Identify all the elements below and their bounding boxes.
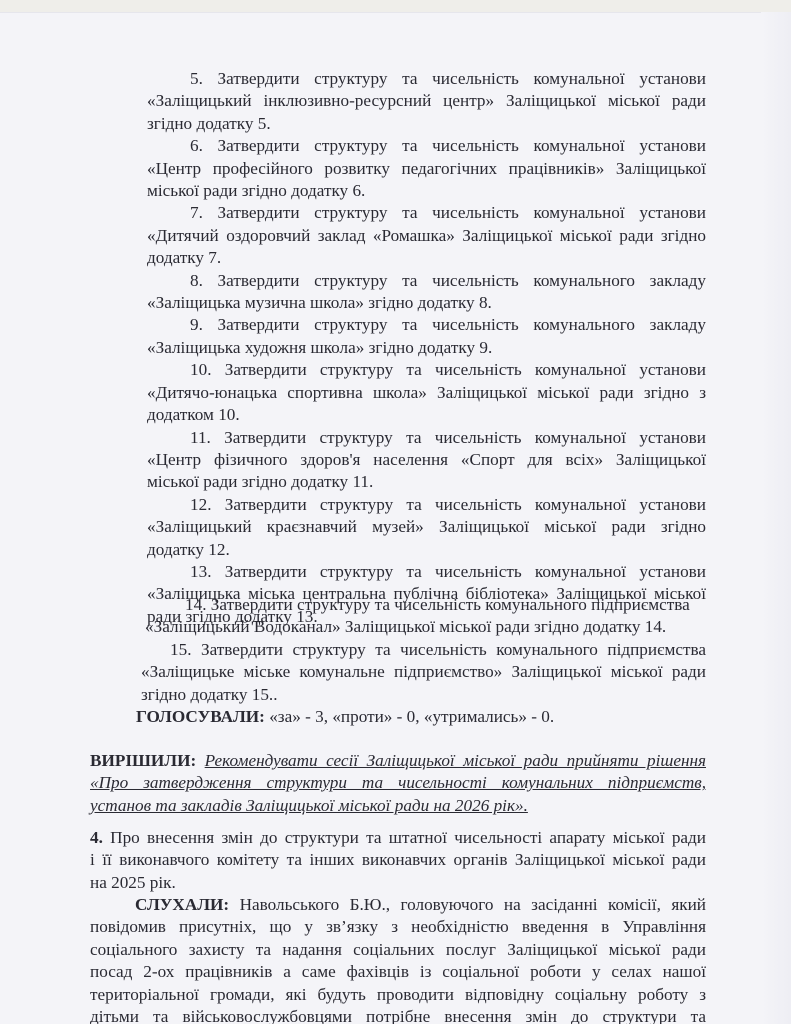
decision-text-2: «Про затвердження структури та чисельнос…	[90, 772, 706, 794]
list-item-10: 10. Затвердити структуру та чисельність …	[147, 359, 706, 426]
list-item-7: 7. Затвердити структуру та чисельність к…	[147, 202, 706, 269]
decision-text-1: Рекомендувати сесії Заліщицької міської …	[205, 751, 706, 770]
list-item-14: 14. Затвердити структуру та чисельність …	[145, 594, 706, 639]
section-4-title: 4. Про внесення змін до структури та шта…	[90, 827, 706, 894]
list-item-9: 9. Затвердити структуру та чисельність к…	[147, 314, 706, 359]
list-item-8: 8. Затвердити структуру та чисельність к…	[147, 270, 706, 315]
item-list: 5. Затвердити структуру та чисельність к…	[147, 68, 706, 628]
section-title-2: і її виконавчого комітету та інших викон…	[90, 849, 706, 871]
vote-text: «за» - 3, «проти» - 0, «утримались» - 0.	[265, 707, 554, 726]
section-number: 4.	[90, 828, 103, 847]
decision: ВИРІШИЛИ: Рекомендувати сесії Заліщицько…	[90, 750, 706, 817]
decision-label: ВИРІШИЛИ:	[90, 751, 196, 770]
item-list-continued-2: 15. Затвердити структуру та чисельність …	[141, 639, 706, 706]
list-item-5: 5. Затвердити структуру та чисельність к…	[147, 68, 706, 135]
item-list-continued: 14. Затвердити структуру та чисельність …	[145, 594, 706, 639]
section-title-1: Про внесення змін до структури та штатно…	[103, 828, 706, 847]
heard-label: СЛУХАЛИ:	[135, 895, 229, 914]
decision-text-3: установ та закладів Заліщицької міської …	[90, 796, 528, 815]
list-item-6: 6. Затвердити структуру та чисельність к…	[147, 135, 706, 202]
vote-result: ГОЛОСУВАЛИ: «за» - 3, «проти» - 0, «утри…	[136, 706, 706, 728]
list-item-12: 12. Затвердити структуру та чисельність …	[147, 494, 706, 561]
heard-paragraph: СЛУХАЛИ: Навольського Б.Ю., головуючого …	[90, 894, 706, 1024]
section-title-3: на 2025 рік.	[90, 872, 706, 894]
list-item-11: 11. Затвердити структуру та чисельність …	[147, 427, 706, 494]
vote-label: ГОЛОСУВАЛИ:	[136, 707, 265, 726]
list-item-15: 15. Затвердити структуру та чисельність …	[141, 639, 706, 706]
document-page: 5. Затвердити структуру та чисельність к…	[0, 12, 791, 1024]
